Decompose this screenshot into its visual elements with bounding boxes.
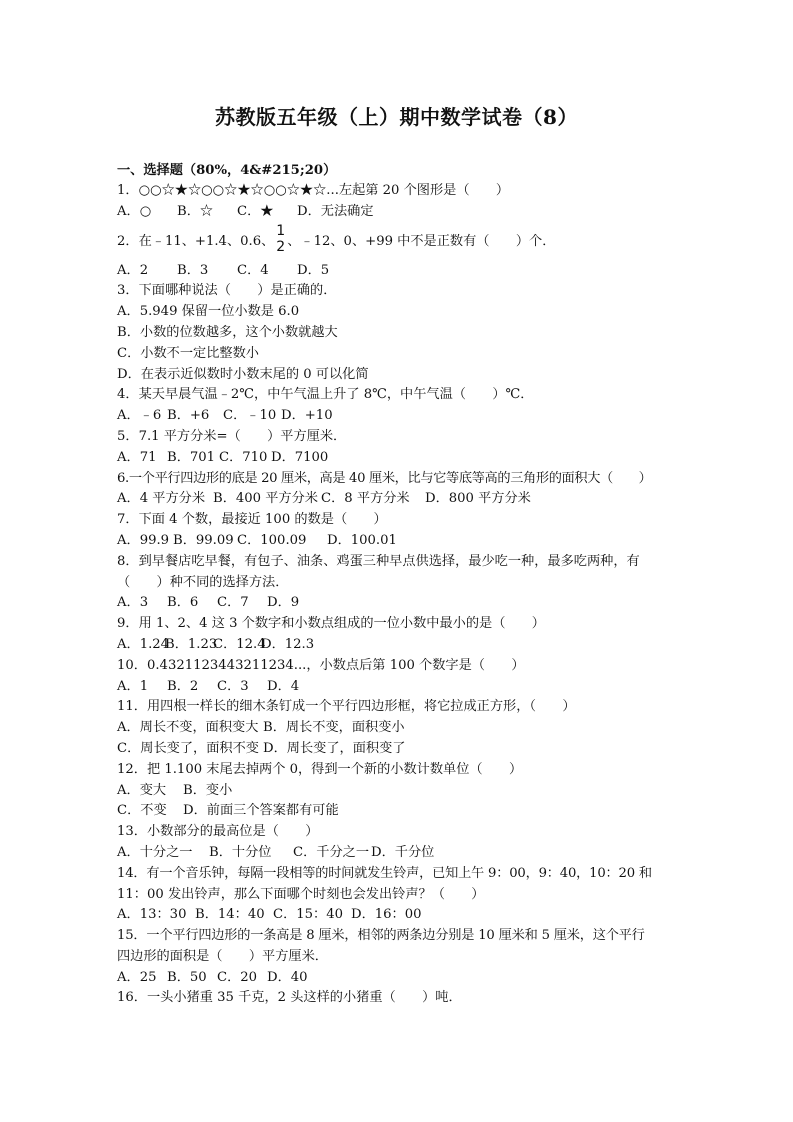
exam-page: 苏教版五年级（上）期中数学试卷（8） 一、选择题（80%，4&#215;20） …: [0, 0, 793, 1122]
question-3-option-a: A．5.949 保留一位小数是 6.0: [117, 302, 687, 323]
question-3-option-c: C．小数不一定比整数小: [117, 344, 687, 365]
question-text: 有一个音乐钟，每隔一段相等的时间就发生铃声，已知上午 9：00，9：40，10：…: [146, 866, 651, 881]
option-a: A．25: [117, 968, 163, 989]
question-text-before: 在﹣11、+1.4、0.6、: [139, 234, 275, 249]
option-b: B．变小: [183, 781, 232, 802]
option-c: C．100.09: [237, 531, 323, 552]
question-number: 15．: [117, 928, 146, 943]
option-c: C．周长变了，面积不变: [117, 739, 259, 760]
option-d: D．5: [297, 261, 329, 282]
question-text: 一个平行四边形的一条高是 8 厘米，相邻的两条边分别是 10 厘米和 5 厘米，…: [146, 928, 644, 943]
option-c: C．12.4: [213, 635, 257, 656]
question-number: 2．: [117, 234, 139, 249]
question-number: 3．: [117, 283, 139, 298]
question-number: 9．: [117, 616, 139, 631]
question-7-stem: 7．下面 4 个数，最接近 100 的数是（ ）: [117, 510, 687, 531]
option-b: B．+6: [167, 406, 219, 427]
option-a: A．1: [117, 677, 163, 698]
question-text: 到早餐店吃早餐，有包子、油条、鸡蛋三种早点供选择，最少吃一种，最多吃两种，有: [139, 554, 640, 569]
question-12-options-row-1: A．变大B．变小: [117, 781, 687, 802]
option-a: A．周长不变，面积变大: [117, 718, 259, 739]
option-b: B．2: [167, 677, 213, 698]
fraction-numerator: 1: [276, 223, 285, 239]
question-8-options: A．3B．6C．7D．9: [117, 593, 687, 614]
option-b: B．☆: [177, 202, 233, 223]
question-text: ○○☆★☆○○☆★☆○○☆★☆...左起第 20 个图形是（ ）: [139, 183, 510, 198]
question-12-options-row-2: C．不变D．前面三个答案都有可能: [117, 801, 687, 822]
question-text: 0.4321123443211234...，小数点后第 100 个数字是（ ）: [147, 658, 525, 673]
question-11-stem: 11．用四根一样长的细木条钉成一个平行四边形框，将它拉成正方形，（ ）: [117, 697, 687, 718]
question-10-stem: 10．0.4321123443211234...，小数点后第 100 个数字是（…: [117, 656, 687, 677]
option-d: D．7100: [271, 448, 328, 469]
question-text: 下面哪种说法（ ）是正确的．: [139, 283, 337, 298]
question-5-options: A．71B．701C．710D．7100: [117, 448, 687, 469]
option-c: C．★: [237, 202, 293, 223]
question-3-option-b: B．小数的位数越多，这个小数就越大: [117, 323, 687, 344]
question-6-stem: 6.一个平行四边形的底是 20 厘米，高是 40 厘米，比与它等底等高的三角形的…: [117, 469, 687, 490]
question-14-options: A．13：30B．14：40C．15：40D．16：00: [117, 905, 687, 926]
question-2-stem: 2．在﹣11、+1.4、0.6、12、﹣12、0、+99 中不是正数有（ ）个．: [117, 223, 687, 261]
question-12-stem: 12．把 1.100 末尾去掉两个 0，得到一个新的小数计数单位（ ）: [117, 760, 687, 781]
question-9-stem: 9．用 1、2、4 这 3 个数字和小数点组成的一位小数中最小的是（ ）: [117, 614, 687, 635]
question-11-options-row-1: A．周长不变，面积变大B．周长不变，面积变小: [117, 718, 687, 739]
question-text: 7.1 平方分米=（ ）平方厘米．: [139, 429, 347, 444]
option-c: C．﹣10: [223, 406, 277, 427]
question-9-options: A．1.24B．1.23C．12.4D．12.3: [117, 635, 687, 656]
option-a: A．○: [117, 202, 173, 223]
question-8-stem: 8．到早餐店吃早餐，有包子、油条、鸡蛋三种早点供选择，最少吃一种，最多吃两种，有: [117, 552, 687, 573]
option-b: B．701: [167, 448, 215, 469]
question-text: 下面 4 个数，最接近 100 的数是（ ）: [139, 512, 387, 527]
option-c: C．不变: [117, 801, 179, 822]
option-b: B．十分位: [209, 843, 289, 864]
fraction-denominator: 2: [276, 239, 285, 255]
option-d: D．9: [267, 593, 299, 614]
question-number: 16．: [117, 990, 147, 1005]
question-text: 一头小猪重 35 千克，2 头这样的小猪重（ ）吨．: [147, 990, 462, 1005]
option-a: A．3: [117, 593, 163, 614]
question-4-options: A．﹣6B．+6C．﹣10D．+10: [117, 406, 687, 427]
fraction-one-half: 12: [276, 223, 285, 255]
option-b: B．3: [177, 261, 233, 282]
option-d: D．12.3: [261, 635, 314, 656]
option-c: C．8 平方分米: [321, 489, 421, 510]
question-text: 小数部分的最高位是（ ）: [147, 824, 318, 839]
question-number: 4．: [117, 387, 139, 402]
question-text: 某天早晨气温﹣2℃，中午气温上升了 8℃，中午气温（ ）℃．: [139, 387, 534, 402]
option-c: C．7: [217, 593, 263, 614]
option-d: D．前面三个答案都有可能: [183, 801, 339, 822]
question-number: 6.: [117, 471, 129, 486]
question-14-stem-continued: 11：00 发出铃声，那么下面哪个时刻也会发出铃声？（ ）: [117, 885, 687, 906]
question-15-stem: 15．一个平行四边形的一条高是 8 厘米，相邻的两条边分别是 10 厘米和 5 …: [117, 926, 687, 947]
option-c: C．20: [217, 968, 263, 989]
option-b: B．周长不变，面积变小: [263, 718, 405, 739]
question-10-options: A．1B．2C．3D．4: [117, 677, 687, 698]
question-text-after: 、﹣12、0、+99 中不是正数有（ ）个．: [287, 234, 555, 249]
option-d: D．100.01: [327, 531, 397, 552]
option-b: B．14：40: [195, 905, 269, 926]
question-1-stem: 1．○○☆★☆○○☆★☆○○☆★☆...左起第 20 个图形是（ ）: [117, 181, 687, 202]
exam-content: 一、选择题（80%，4&#215;20） 1．○○☆★☆○○☆★☆○○☆★☆..…: [117, 160, 687, 1009]
option-b: B．6: [167, 593, 213, 614]
question-1-options: A．○B．☆C．★D．无法确定: [117, 202, 687, 223]
question-15-options: A．25B．50C．20D．40: [117, 968, 687, 989]
option-a: A．十分之一: [117, 843, 205, 864]
option-d: D．4: [267, 677, 299, 698]
question-11-options-row-2: C．周长变了，面积不变D．周长变了，面积变了: [117, 739, 687, 760]
option-a: A．99.9: [117, 531, 169, 552]
option-b: B．50: [167, 968, 213, 989]
question-number: 8．: [117, 554, 139, 569]
option-a: A．变大: [117, 781, 179, 802]
option-a: A．71: [117, 448, 163, 469]
question-text: 把 1.100 末尾去掉两个 0，得到一个新的小数计数单位（ ）: [147, 762, 522, 777]
question-3-option-d: D．在表示近似数时小数末尾的 0 可以化简: [117, 365, 687, 386]
question-16-stem: 16．一头小猪重 35 千克，2 头这样的小猪重（ ）吨．: [117, 988, 687, 1009]
option-d: D．40: [267, 968, 308, 989]
question-text: 一个平行四边形的底是 20 厘米，高是 40 厘米，比与它等底等高的三角形的面积…: [129, 471, 652, 486]
question-text: 用四根一样长的细木条钉成一个平行四边形框，将它拉成正方形，（ ）: [147, 699, 576, 714]
option-a: A．13：30: [117, 905, 191, 926]
option-c: C．710: [219, 448, 267, 469]
question-5-stem: 5．7.1 平方分米=（ ）平方厘米．: [117, 427, 687, 448]
option-a: A．4 平方分米: [117, 489, 209, 510]
question-6-options: A．4 平方分米B．400 平方分米C．8 平方分米D．800 平方分米: [117, 489, 687, 510]
option-b: B．1.23: [165, 635, 209, 656]
question-number: 7．: [117, 512, 139, 527]
question-4-stem: 4．某天早晨气温﹣2℃，中午气温上升了 8℃，中午气温（ ）℃．: [117, 385, 687, 406]
question-3-stem: 3．下面哪种说法（ ）是正确的．: [117, 281, 687, 302]
option-b: B．99.09: [173, 531, 233, 552]
question-7-options: A．99.9B．99.09C．100.09D．100.01: [117, 531, 687, 552]
question-number: 5．: [117, 429, 139, 444]
option-d: D．周长变了，面积变了: [263, 739, 405, 760]
page-title: 苏教版五年级（上）期中数学试卷（8）: [0, 104, 793, 130]
option-d: D．16：00: [351, 905, 422, 926]
question-2-options: A．2B．3C．4D．5: [117, 261, 687, 282]
option-d: D．无法确定: [297, 202, 374, 223]
question-13-stem: 13．小数部分的最高位是（ ）: [117, 822, 687, 843]
question-8-stem-continued: （ ）种不同的选择方法．: [117, 573, 687, 594]
option-d: D．千分位: [371, 843, 434, 864]
option-b: B．400 平方分米: [213, 489, 317, 510]
question-number: 1．: [117, 183, 139, 198]
section-heading: 一、选择题（80%，4&#215;20）: [117, 160, 687, 181]
option-a: A．1.24: [117, 635, 161, 656]
option-c: C．4: [237, 261, 293, 282]
option-c: C．3: [217, 677, 263, 698]
question-15-stem-continued: 四边形的面积是（ ）平方厘米．: [117, 947, 687, 968]
question-14-stem: 14．有一个音乐钟，每隔一段相等的时间就发生铃声，已知上午 9：00，9：40，…: [117, 864, 687, 885]
question-number: 12．: [117, 762, 147, 777]
option-d: D．800 平方分米: [425, 489, 531, 510]
option-a: A．﹣6: [117, 406, 163, 427]
option-d: D．+10: [281, 406, 333, 427]
question-number: 14．: [117, 866, 146, 881]
question-number: 13．: [117, 824, 147, 839]
option-c: C．15：40: [273, 905, 347, 926]
question-number: 11．: [117, 699, 147, 714]
option-c: C．千分之一: [293, 843, 367, 864]
option-a: A．2: [117, 261, 173, 282]
question-13-options: A．十分之一B．十分位C．千分之一D．千分位: [117, 843, 687, 864]
question-text: 用 1、2、4 这 3 个数字和小数点组成的一位小数中最小的是（ ）: [139, 616, 545, 631]
question-number: 10．: [117, 658, 147, 673]
